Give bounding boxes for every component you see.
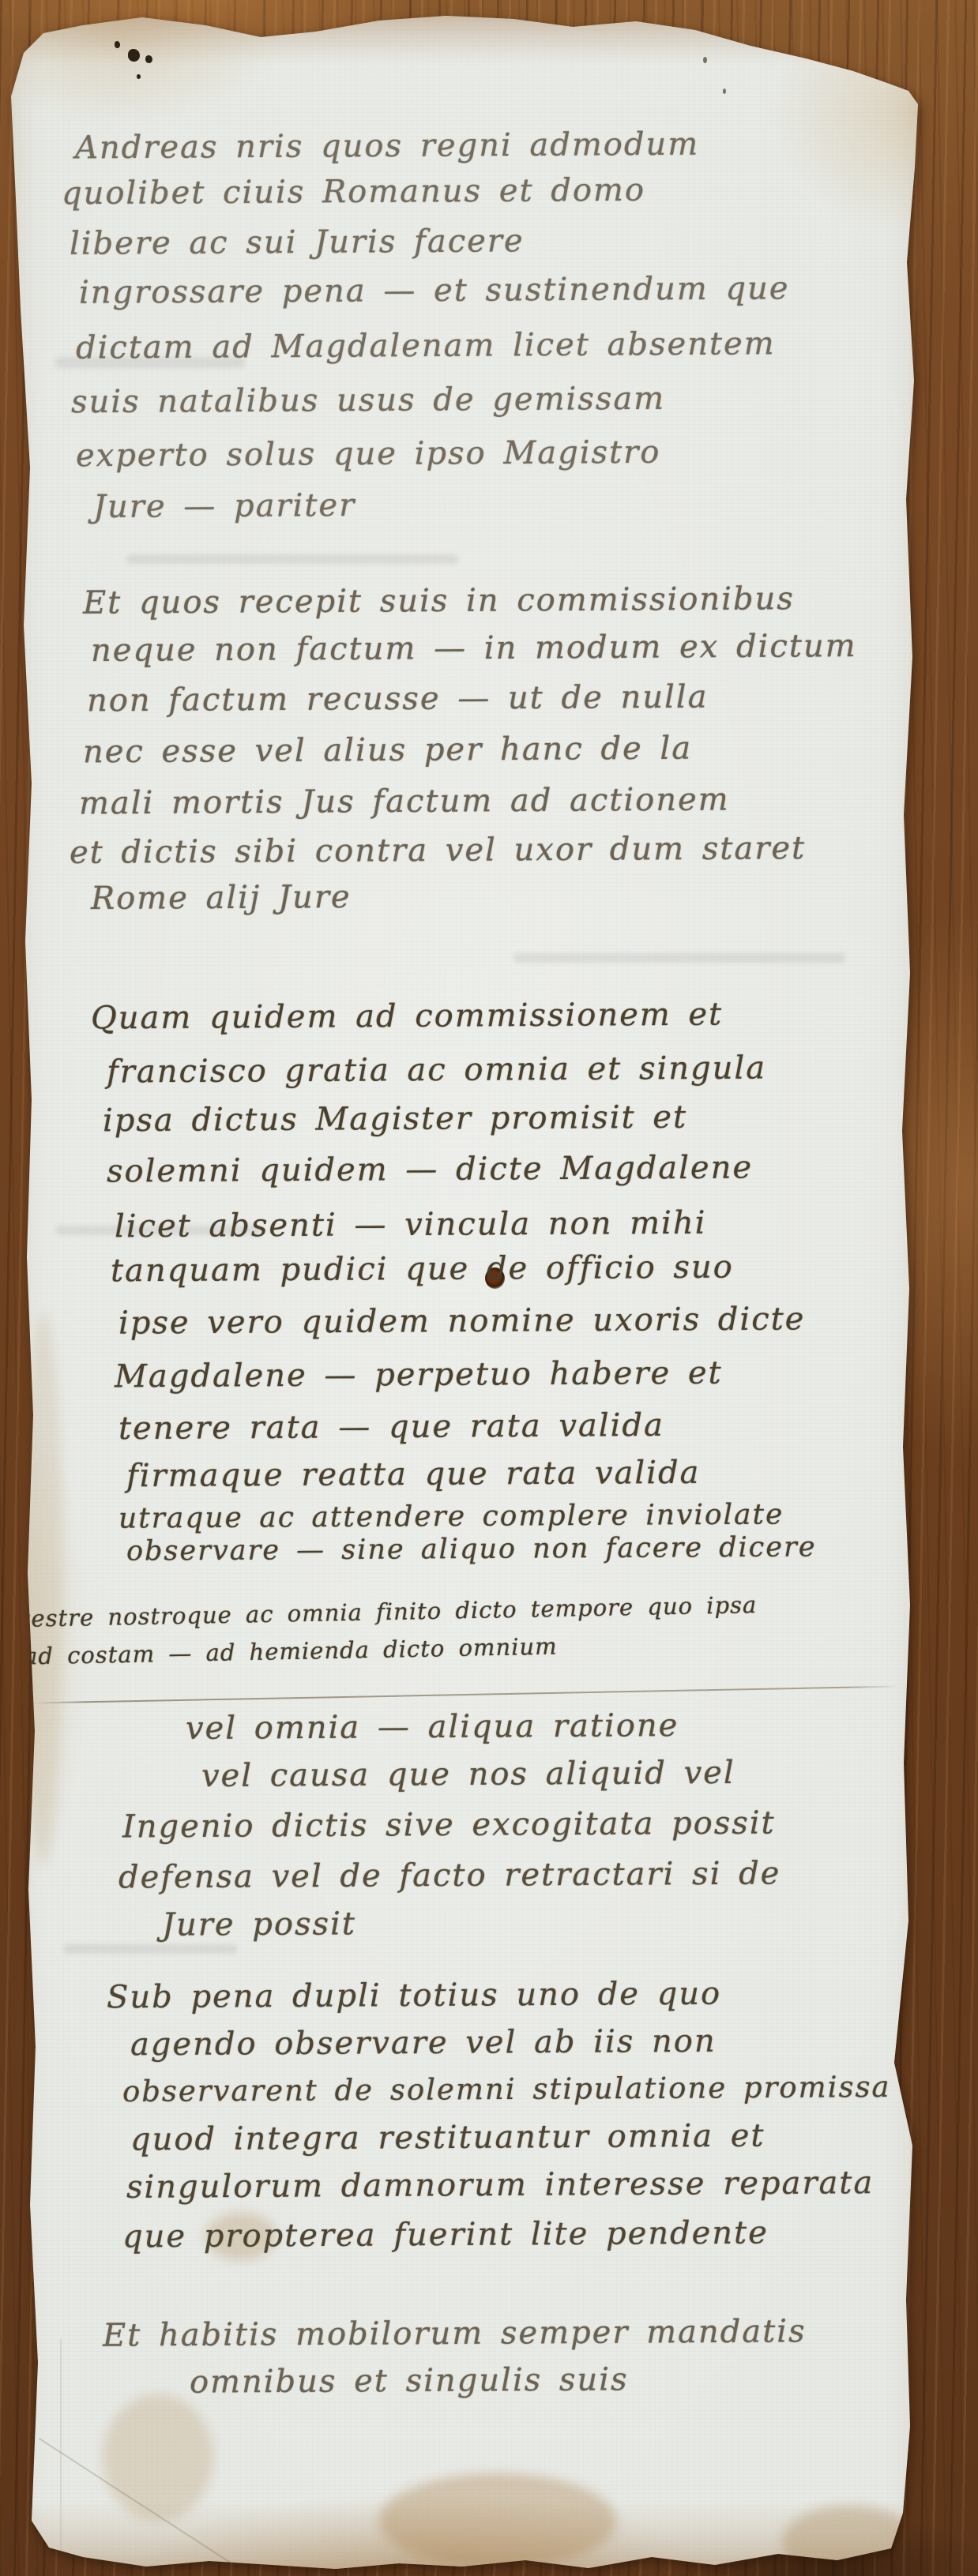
- text-line: dictam ad Magdalenam licet absentem: [76, 325, 776, 366]
- text-line: quod integra restituantur omnia et: [130, 2118, 765, 2158]
- text-line: omnibus et singulis suis: [190, 2361, 629, 2400]
- stain: [24, 1312, 63, 1865]
- text-line: ipsa dictus Magister promisit et: [103, 1099, 687, 1140]
- text-line: licet absenti — vincula non mihi: [115, 1205, 707, 1245]
- ink-blot: [115, 41, 120, 48]
- text-line: observarent de solemni stipulatione prom…: [122, 2070, 891, 2108]
- text-line: vel omnia — aliqua ratione: [186, 1707, 679, 1747]
- text-line: Jure — pariter: [93, 487, 356, 525]
- paper-sheet: Andreas nris quos regni admodum quolibet…: [8, 9, 924, 2572]
- text-line: ipse vero quidem nomine uxoris dicte: [118, 1301, 806, 1341]
- text-line: neque non factum — in modum ex dictum: [91, 628, 857, 669]
- text-line: suis natalibus usus de gemissam: [71, 381, 665, 421]
- text-line: tenere rata — que rata valida: [118, 1407, 664, 1447]
- photo-of-manuscript-on-wood: { "document": { "kind": "handwritten ear…: [0, 0, 978, 2576]
- text-line: ingrossare pena — et sustinendum que: [79, 270, 790, 310]
- text-line: utraque ac attendere complere inviolate: [118, 1498, 784, 1534]
- text-line: Magdalene — perpetuo habere et: [115, 1355, 723, 1395]
- text-line: observare — sine aliquo non facere dicer…: [126, 1531, 817, 1567]
- text-line: quolibet ciuis Romanus et domo: [62, 172, 645, 212]
- text-line: experto solus que ipso Magistro: [76, 434, 661, 475]
- text-line: singulorum damnorum interesse reparata: [126, 2165, 875, 2206]
- text-line: libere ac sui Juris facere: [70, 223, 525, 262]
- stain: [782, 2505, 916, 2576]
- ink-blot: [128, 49, 140, 62]
- text-line: Quam quidem ad commissionem et: [91, 997, 723, 1037]
- ink-speck: [703, 57, 707, 63]
- text-line: que propterea fuerint lite pendente: [122, 2215, 769, 2255]
- text-line: non factum recusse — ut de nulla: [87, 679, 709, 719]
- text-line: Sub pena dupli totius uno de quo: [107, 1976, 721, 2016]
- show-through-ghost-line: [126, 554, 458, 564]
- text-line: Rome alij Jure: [91, 879, 352, 917]
- show-through-ghost-line: [513, 953, 845, 963]
- text-line: nec esse vel alius per hanc de la: [83, 730, 692, 771]
- ink-speck: [723, 88, 726, 94]
- text-line: francisco gratia ac omnia et singula: [107, 1050, 766, 1090]
- text-line: tanquam pudici que de officio suo: [111, 1249, 734, 1290]
- text-line: mali mortis Jus factum ad actionem: [79, 781, 730, 821]
- text-line: firmaque reatta que rata valida: [126, 1455, 701, 1494]
- text-line: Et quos recepit suis in commissionibus: [83, 580, 795, 621]
- stain: [103, 2394, 213, 2521]
- pen-rule-stroke: [33, 1685, 899, 1703]
- text-line: solemni quidem — dicte Magdalene: [107, 1150, 753, 1190]
- text-line: agendo observare vel ab iis non: [130, 2023, 717, 2063]
- show-through-ghost-line: [63, 1944, 237, 1954]
- text-line: Ingenio dictis sive excogitata possit: [122, 1804, 776, 1845]
- text-line: Et habitis mobilorum semper mandatis: [103, 2313, 807, 2353]
- crease-line: [60, 2339, 62, 2576]
- text-line: et dictis sibi contra vel uxor dum stare…: [70, 830, 806, 871]
- text-line: vel causa que nos aliquid vel: [201, 1755, 735, 1794]
- ink-blot: [145, 55, 152, 63]
- text-line: vestre nostroque ac omnia finito dicto t…: [17, 1591, 758, 1632]
- text-line: defensa vel de facto retractari si de: [118, 1855, 781, 1895]
- text-line: Jure possit: [162, 1906, 356, 1943]
- text-line: ad costam — ad hemienda dicto omnium: [24, 1633, 558, 1670]
- ink-blot: [137, 74, 141, 79]
- stain: [379, 2473, 616, 2568]
- text-line: Andreas nris quos regni admodum: [75, 126, 699, 167]
